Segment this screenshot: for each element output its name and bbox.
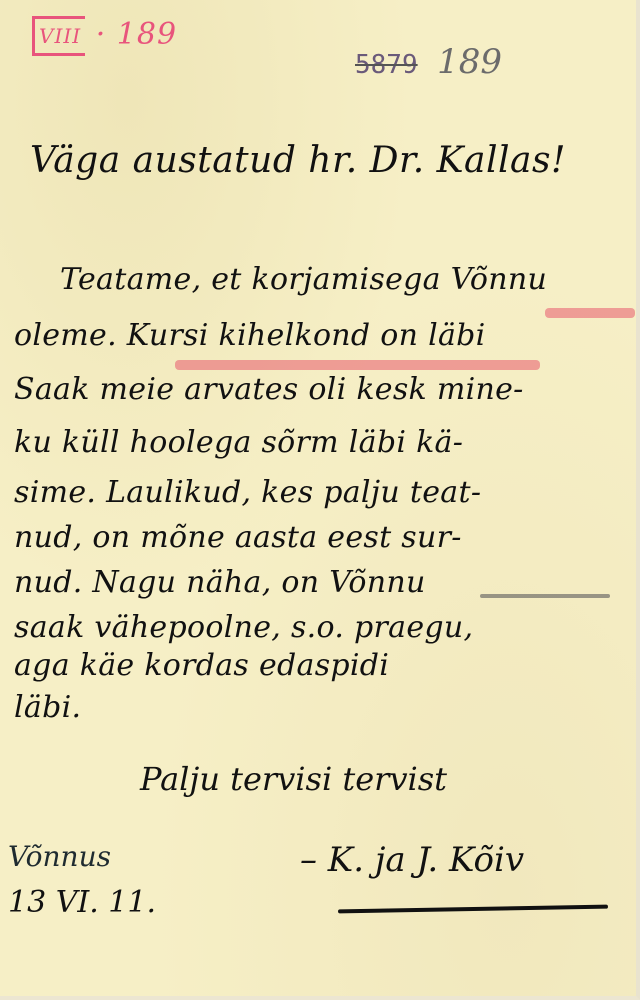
body-line: saak vähepoolne, s.o. praegu, [14, 610, 473, 645]
body-line: Saak meie arvates oli kesk mine- [14, 372, 524, 407]
inventory-number: 5879 189 [355, 42, 502, 82]
signature-underline [338, 905, 608, 914]
body-line: läbi. [14, 690, 81, 725]
body-line: nud, on mõne aasta eest sur- [14, 520, 462, 555]
body-line: aga käe kordas edaspidi [14, 648, 389, 683]
inventory-number-old: 5879 [355, 50, 418, 80]
body-line: ku küll hoolega sõrm läbi kä- [14, 425, 463, 460]
red-underline [175, 360, 540, 370]
body-line: nud. Nagu näha, on Võnnu [14, 565, 426, 600]
catalog-roman-numeral: VIII [32, 16, 85, 56]
date: 13 VI. 11. [8, 885, 156, 920]
archive-catalog-mark: VIII · 189 [32, 16, 177, 56]
catalog-number: 189 [117, 17, 177, 52]
signature: – K. ja J. Kõiv [300, 840, 524, 880]
postcard: VIII · 189 5879 189 Väga austatud hr. Dr… [0, 0, 640, 1000]
closing: Palju tervisi tervist [140, 760, 447, 798]
place: Võnnus [8, 840, 111, 873]
red-underline [545, 308, 635, 318]
inventory-number-new: 189 [437, 42, 502, 82]
body-line: sime. Laulikud, kes palju teat- [14, 475, 481, 510]
salutation: Väga austatud hr. Dr. Kallas! [30, 140, 566, 181]
grey-underline [480, 594, 610, 598]
body-line: oleme. Kursi kihelkond on läbi [14, 318, 486, 353]
catalog-separator: · [96, 17, 107, 52]
body-line: Teatame, et korjamisega Võnnu [60, 262, 547, 297]
